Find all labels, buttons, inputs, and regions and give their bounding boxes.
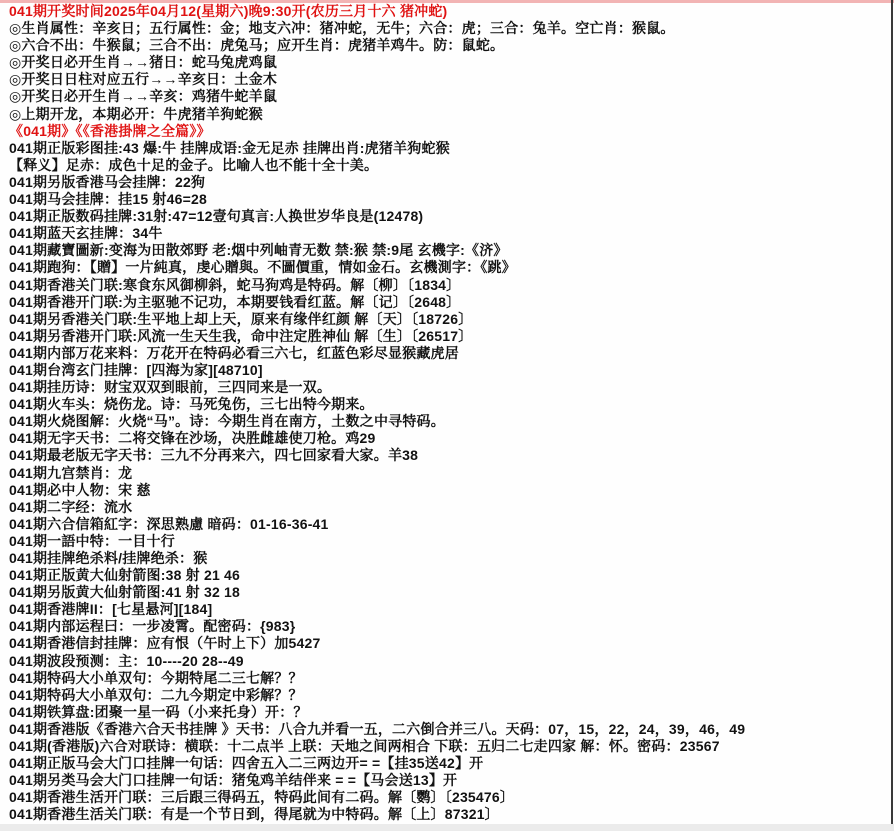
text-line: ◎开奖日日柱对应五行→→辛亥日：土金木 [9,71,880,88]
text-lines-container: 041期开奖时间2025年04月12(星期六)晚9:30开(农历三月十六 猪冲蛇… [9,3,880,824]
text-line: 041期最老版无字天书：三九不分再来六，四七回家看大家。羊38 [9,447,880,464]
text-line: 041期挂牌绝杀料/挂牌绝杀：猴 [9,550,880,567]
text-line: 041期另香港关门联:生平地上却上天，原来有缘伴红颜 解〔天〕〔18726〕 [9,311,880,328]
text-line: 【释义】足赤：成色十足的金子。比喻人也不能十全十美。 [9,157,880,174]
text-line: 041期正版数码挂牌:31射:47=12壹句真言:人换世岁华良是(12478) [9,208,880,225]
text-line: ◎上期开龙，本期必开：牛虎猪羊狗蛇猴 [9,106,880,123]
text-line: 041期蓝天玄挂牌：34牛 [9,225,880,242]
text-line: 041期正版马会大门口挂牌一句话：四舍五入二三两边开= =【挂35送42】开 [9,755,880,772]
text-line: ◎开奖日必开生肖→→猪日：蛇马兔虎鸡鼠 [9,54,880,71]
text-line: 041期正版黄大仙射箭图:38 射 21 46 [9,567,880,584]
text-line: 041期另香港开门联:风流一生天生我，命中注定胜神仙 解〔生〕〔26517〕 [9,328,880,345]
text-line: 041期特码大小单双句：今期特尾二三七解？？ [9,670,880,687]
bottom-strip [0,824,894,831]
text-line: 041期六合信箱紅字：深思熟慮 暗码：01-16-36-41 [9,516,880,533]
text-line: 041期香港开门联:为主驱驰不记功，本期要钱看红蓝。解〔记〕〔2648〕 [9,294,880,311]
text-line: 041期火烧图解：火烧“马”。诗：今期生肖在南方，土数之中寻特码。 [9,413,880,430]
text-line: 041期二字经：流水 [9,499,880,516]
text-line: 041期马会挂牌：挂15 射46=28 [9,191,880,208]
right-border-line [891,0,893,831]
text-line: 041期火车头：烧伤龙。诗：马死兔伤，三七出特今期来。 [9,396,880,413]
heading-line: 041期开奖时间2025年04月12(星期六)晚9:30开(农历三月十六 猪冲蛇… [9,3,880,20]
text-line: 041期挂历诗：财宝双双到眼前，三四同来是一双。 [9,379,880,396]
text-line: 041期香港关门联:寒食东风御柳斜，蛇马狗鸡是特码。解〔柳〕〔1834〕 [9,277,880,294]
text-line: 041期九宫禁肖：龙 [9,465,880,482]
text-line: ◎开奖日必开生肖→→辛亥：鸡猪牛蛇羊鼠 [9,88,880,105]
text-line: 041期香港信封挂牌：应有恨（午时上下）加5427 [9,635,880,652]
text-line: 041期另类马会大门口挂牌一句话：猪兔鸡羊结伴来 = =【马会送13】开 [9,772,880,789]
text-line: 041期香港版《香港六合天书挂牌 》天书：八合九并看一五，二六倒合并三八。天码：… [9,721,880,738]
text-line: ◎生肖属性：辛亥日；五行属性：金；地支六冲：猪冲蛇，无牛；六合：虎；三合：兔羊。… [9,20,880,37]
text-line: 041期必中人物：宋 慈 [9,482,880,499]
text-line: 041期香港生活关门联：有是一个节日到，得尾就为中特码。解〔上〕87321〕 [9,806,880,823]
text-line: 041期另版香港马会挂牌：22狗 [9,174,880,191]
text-line: 041期无字天书：二将交锋在沙场，决胜雌雄使刀枪。鸡29 [9,430,880,447]
text-line: 041期台湾玄门挂牌：[四海为家][48710] [9,362,880,379]
text-line: 041期正版彩图挂:43 爆:牛 挂牌成语:金无足赤 挂牌出肖:虎猪羊狗蛇猴 [9,140,880,157]
text-line: 041期内部运程曰：一步凌霄。配密码：{983} [9,618,880,635]
text-line: 041期跑狗：【贈】一片純真，虔心贈與。不圖價重，情如金石。玄機測字：《跳》 [9,259,880,276]
heading-line: 《041期》《《香港掛牌之全篇》》 [9,123,880,140]
text-line: 041期香港生活开门联：三后跟三得码五，特码此间有二码。解〔鹦〕〔235476〕 [9,789,880,806]
text-line: 041期内部万花来料：万花开在特码必看三六七，红蓝色彩尽显猴藏虎居 [9,345,880,362]
lottery-tips-sheet: 041期开奖时间2025年04月12(星期六)晚9:30开(农历三月十六 猪冲蛇… [0,0,894,831]
text-line: 041期另版黄大仙射箭图:41 射 32 18 [9,584,880,601]
text-line: 041期特码大小单双句：二九今期定中彩解？？ [9,687,880,704]
text-line: 041期藏寶圖新:变海为田散郊野 老:烟中列岫青无数 禁:猴 禁:9尾 玄機字:… [9,242,880,259]
text-line: 041期一語中特：一目十行 [9,533,880,550]
text-line: 041期香港牌II：[七星悬河][184] [9,601,880,618]
text-line: 041期铁算盘:团聚一星一码（小来托身）开：？ [9,704,880,721]
text-line: ◎六合不出：牛猴鼠；三合不出：虎兔马；应开生肖：虎猪羊鸡牛。防：鼠蛇。 [9,37,880,54]
text-line: 041期波段预测：主：10----20 28--49 [9,653,880,670]
text-line: 041期(香港版)六合对联诗：横联：十二点半 上联：天地之间两相合 下联：五归二… [9,738,880,755]
